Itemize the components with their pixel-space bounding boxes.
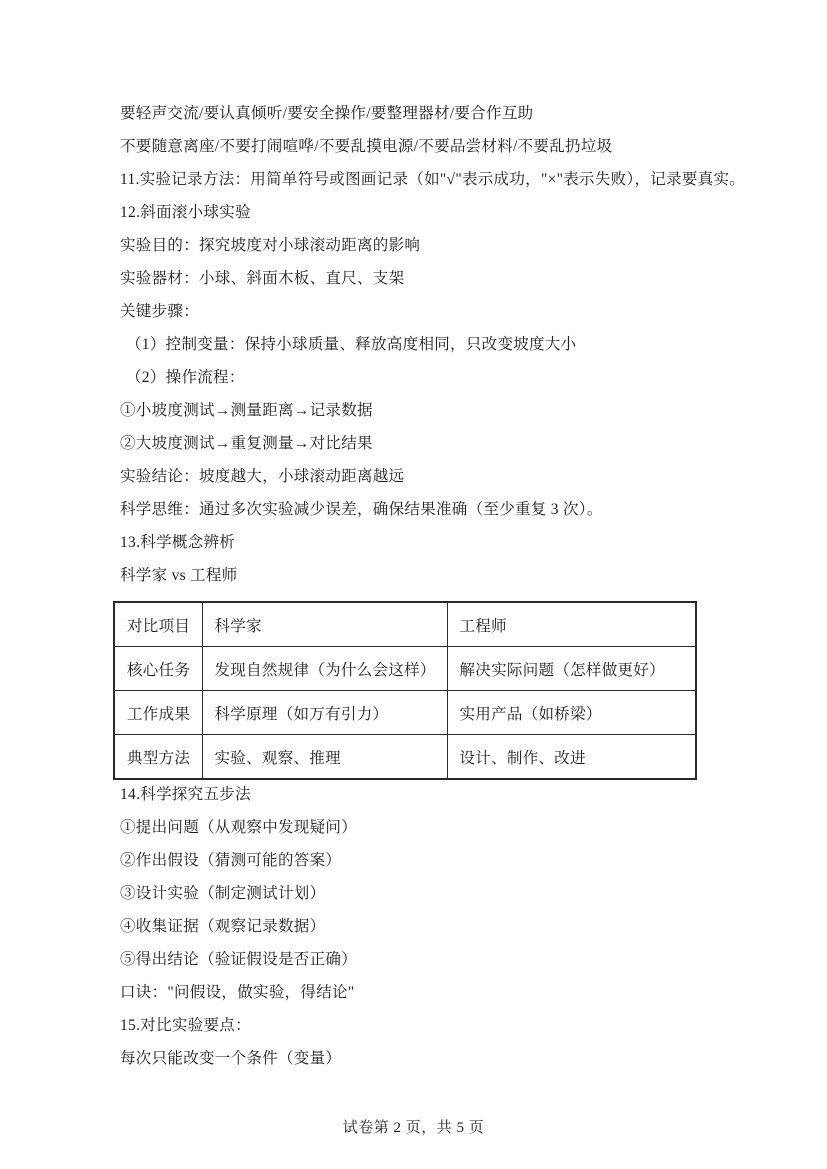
key-steps-label: 关键步骤： bbox=[120, 304, 780, 320]
table-row: 工作成果 科学原理（如万有引力） 实用产品（如桥梁） bbox=[114, 691, 696, 735]
table-caption: 科学家 vs 工程师 bbox=[120, 568, 780, 584]
inquiry-step-4-evidence: ④收集证据（观察记录数据） bbox=[120, 919, 780, 935]
table-header-cell: 对比项目 bbox=[114, 602, 202, 647]
exam-paper-page: { "content": { "pre_table": [ "要轻声交流/要认真… bbox=[0, 0, 827, 1169]
table-cell: 实用产品（如桥梁） bbox=[447, 691, 696, 735]
table-cell: 科学原理（如万有引力） bbox=[202, 691, 447, 735]
table-row: 核心任务 发现自然规律（为什么会这样） 解决实际问题（怎样做更好） bbox=[114, 647, 696, 691]
lab-rules-do: 要轻声交流/要认真倾听/要安全操作/要整理器材/要合作互助 bbox=[120, 106, 780, 122]
table-cell: 核心任务 bbox=[114, 647, 202, 691]
comparison-table: 对比项目 科学家 工程师 核心任务 发现自然规律（为什么会这样） 解决实际问题（… bbox=[113, 601, 697, 780]
lab-rules-dont: 不要随意离座/不要打闹喧哗/不要乱摸电源/不要品尝材料/不要乱扔垃圾 bbox=[120, 139, 780, 155]
step-procedure-label: （2）操作流程： bbox=[120, 370, 780, 386]
table-cell: 实验、观察、推理 bbox=[202, 735, 447, 780]
table-cell: 设计、制作、改进 bbox=[447, 735, 696, 780]
section-12-title: 12.斜面滚小球实验 bbox=[120, 205, 780, 221]
page-footer: 试卷第 2 页，共 5 页 bbox=[0, 1116, 827, 1137]
table-header-cell: 科学家 bbox=[202, 602, 447, 647]
section-11-record-method: 11.实验记录方法：用简单符号或图画记录（如"√"表示成功，"×"表示失败），记… bbox=[120, 172, 780, 188]
table-header-row: 对比项目 科学家 工程师 bbox=[114, 602, 696, 647]
step-control-variables: （1）控制变量：保持小球质量、释放高度相同，只改变坡度大小 bbox=[120, 337, 780, 353]
section-15-title: 15.对比实验要点： bbox=[120, 1018, 780, 1034]
table-cell: 典型方法 bbox=[114, 735, 202, 780]
table-cell: 解决实际问题（怎样做更好） bbox=[447, 647, 696, 691]
mnemonic: 口诀："问假设，做实验，得结论" bbox=[120, 985, 780, 1001]
experiment-purpose: 实验目的：探究坡度对小球滚动距离的影响 bbox=[120, 238, 780, 254]
inquiry-step-3-design: ③设计实验（制定测试计划） bbox=[120, 886, 780, 902]
table-header-cell: 工程师 bbox=[447, 602, 696, 647]
experiment-materials: 实验器材：小球、斜面木板、直尺、支架 bbox=[120, 271, 780, 287]
table-row: 典型方法 实验、观察、推理 设计、制作、改进 bbox=[114, 735, 696, 780]
inquiry-step-2-hypothesis: ②作出假设（猜测可能的答案） bbox=[120, 853, 780, 869]
section-13-title: 13.科学概念辨析 bbox=[120, 535, 780, 551]
section-15-point: 每次只能改变一个条件（变量） bbox=[120, 1051, 780, 1067]
table-cell: 工作成果 bbox=[114, 691, 202, 735]
document-body: 要轻声交流/要认真倾听/要安全操作/要整理器材/要合作互助 不要随意离座/不要打… bbox=[120, 106, 780, 1084]
scientific-thinking: 科学思维：通过多次实验减少误差，确保结果准确（至少重复 3 次）。 bbox=[120, 502, 780, 518]
inquiry-step-1-question: ①提出问题（从观察中发现疑问） bbox=[120, 820, 780, 836]
section-14-title: 14.科学探究五步法 bbox=[120, 787, 780, 803]
table-cell: 发现自然规律（为什么会这样） bbox=[202, 647, 447, 691]
procedure-step-1: ①小坡度测试→测量距离→记录数据 bbox=[120, 403, 780, 419]
procedure-step-2: ②大坡度测试→重复测量→对比结果 bbox=[120, 436, 780, 452]
experiment-conclusion: 实验结论：坡度越大，小球滚动距离越远 bbox=[120, 469, 780, 485]
inquiry-step-5-conclusion: ⑤得出结论（验证假设是否正确） bbox=[120, 952, 780, 968]
